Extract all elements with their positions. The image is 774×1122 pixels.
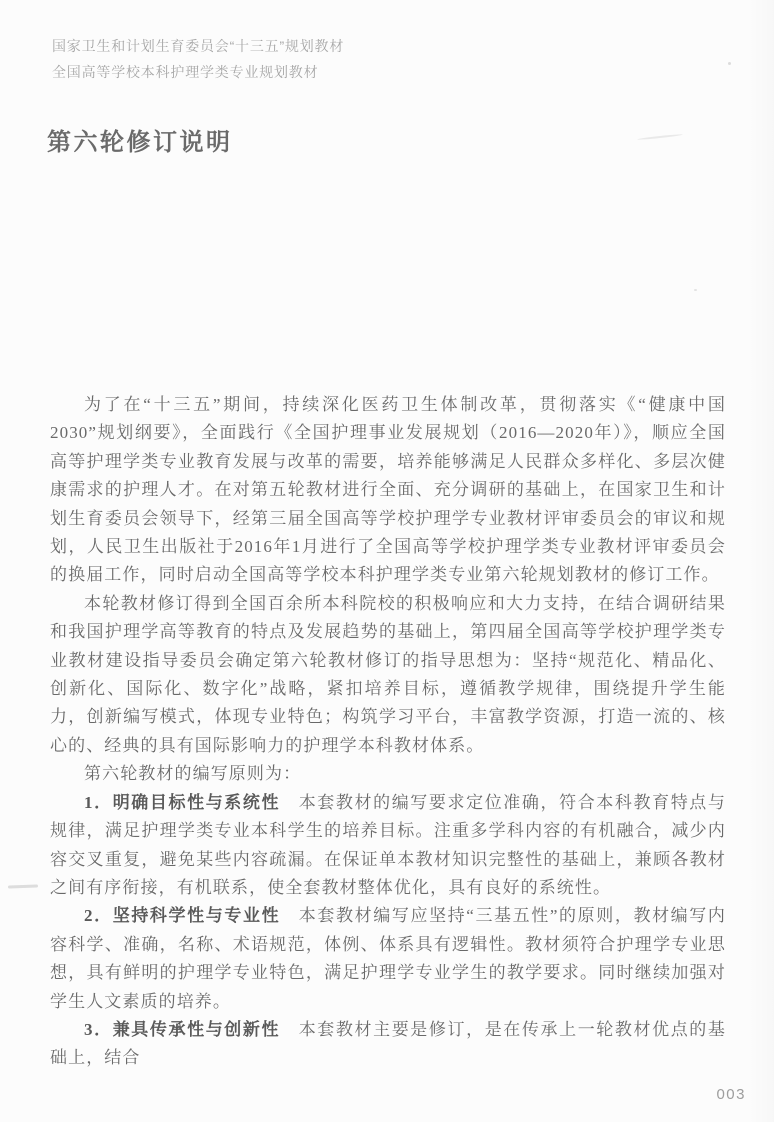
principle-1-heading: 1．明确目标性与系统性 bbox=[84, 793, 280, 812]
scan-smudge-dash bbox=[8, 884, 38, 888]
principle-2-heading: 2．坚持科学性与专业性 bbox=[84, 906, 280, 925]
body-text-block: 为了在“十三五”期间，持续深化医药卫生体制改革，贯彻落实《“健康中国2030”规… bbox=[50, 391, 726, 1073]
series-header: 国家卫生和计划生育委员会“十三五”规划教材 全国高等学校本科护理学类专业规划教材 bbox=[52, 33, 344, 85]
page-number: 003 bbox=[716, 1086, 746, 1103]
paragraph-guiding-principles: 本轮教材修订得到全国百余所本科院校的积极响应和大力支持，在结合调研结果和我国护理… bbox=[50, 590, 726, 760]
scan-speck bbox=[728, 62, 731, 65]
principle-item-3: 3．兼具传承性与创新性 本套教材主要是修订，是在传承上一轮教材优点的基础上，结合 bbox=[50, 1016, 726, 1073]
paragraph-intro: 为了在“十三五”期间，持续深化医药卫生体制改革，贯彻落实《“健康中国2030”规… bbox=[50, 391, 726, 590]
principle-item-1: 1．明确目标性与系统性 本套教材的编写要求定位准确，符合本科教育特点与规律，满足… bbox=[50, 789, 726, 903]
scanned-book-page: 国家卫生和计划生育委员会“十三五”规划教材 全国高等学校本科护理学类专业规划教材… bbox=[0, 0, 774, 1122]
series-line-2: 全国高等学校本科护理学类专业规划教材 bbox=[52, 59, 344, 85]
scan-speck bbox=[694, 289, 697, 291]
series-line-1: 国家卫生和计划生育委员会“十三五”规划教材 bbox=[52, 33, 344, 59]
principle-item-2: 2．坚持科学性与专业性 本套教材编写应坚持“三基五性”的原则，教材编写内容科学、… bbox=[50, 902, 726, 1016]
scan-smudge-hairline bbox=[637, 134, 683, 141]
page-title: 第六轮修订说明 bbox=[47, 127, 233, 159]
principle-3-heading: 3．兼具传承性与创新性 bbox=[84, 1020, 280, 1039]
paragraph-principles-lead: 第六轮教材的编写原则为： bbox=[50, 760, 726, 788]
